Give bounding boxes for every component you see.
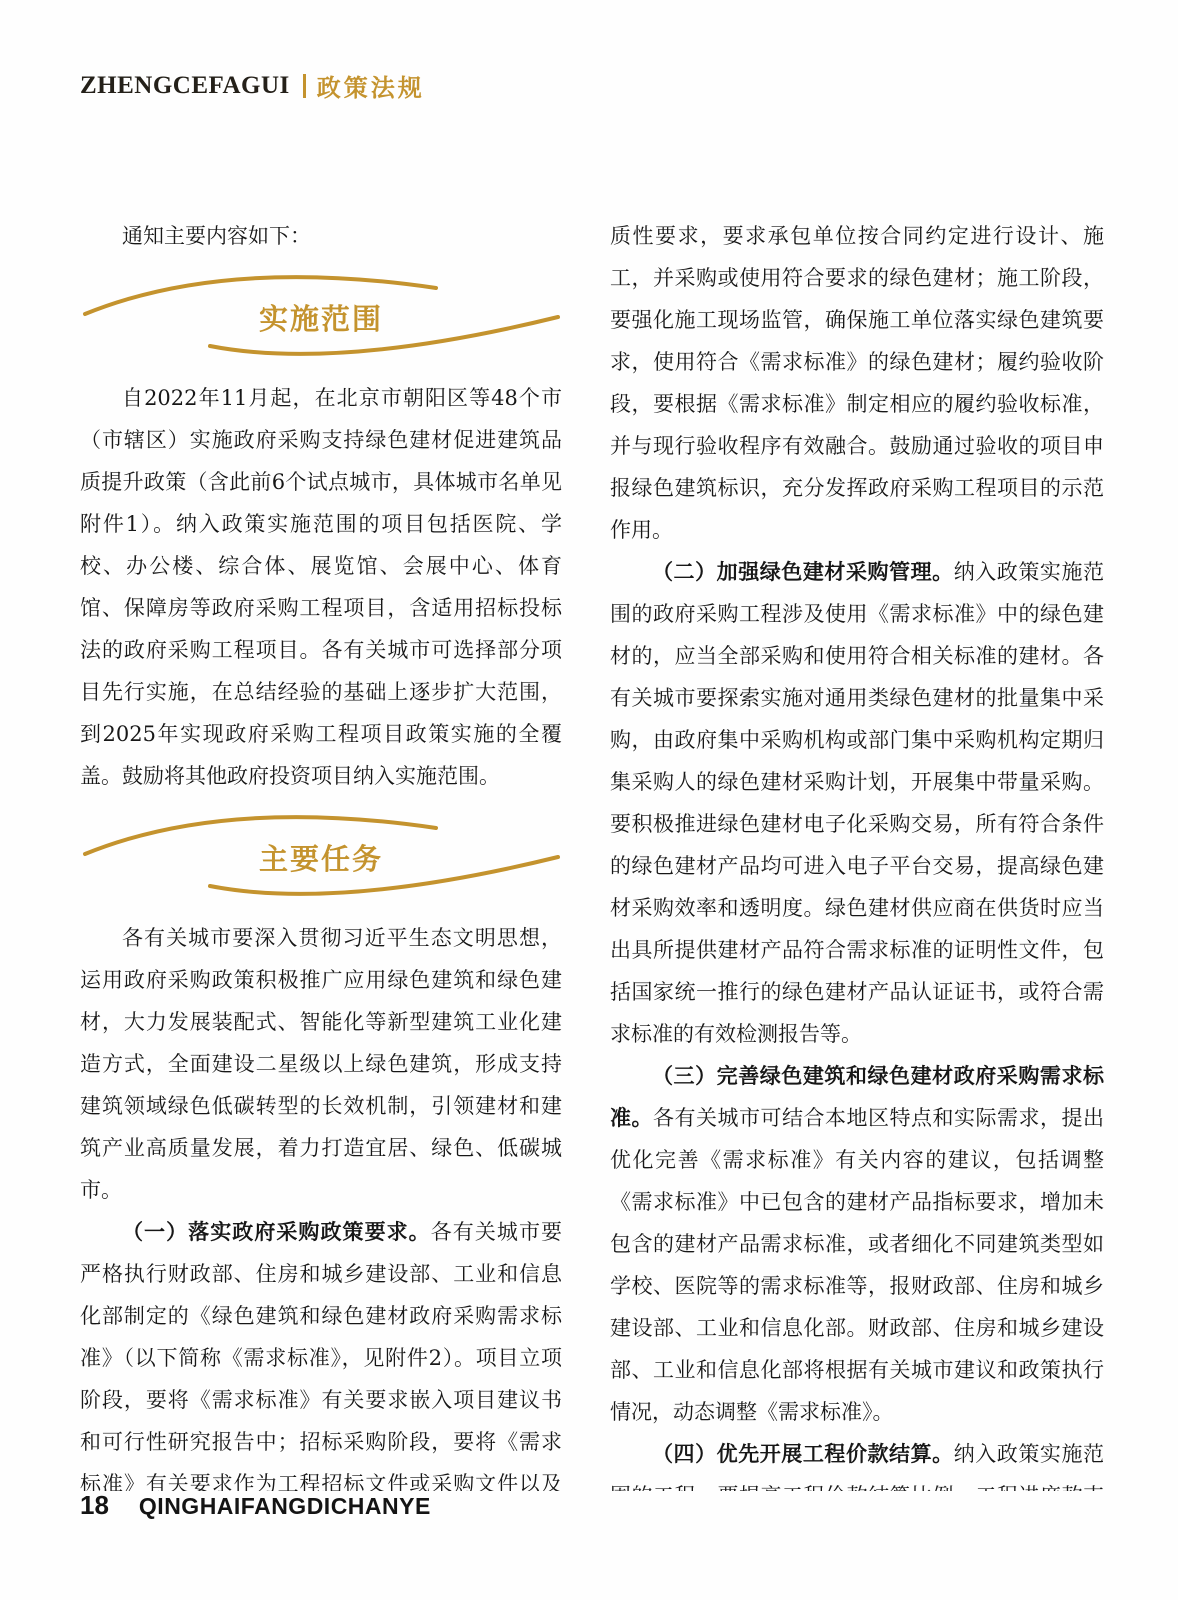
task-4-lead: （四）优先开展工程价款结算。 <box>652 1441 954 1466</box>
task-1-continuation-paragraph: 质性要求，要求承包单位按合同约定进行设计、施工，并采购或使用符合要求的绿色建材；… <box>610 215 1104 551</box>
masthead: ZHENGCEFAGUI 政策法规 <box>80 68 425 103</box>
task-paragraph-1: （一）落实政府采购政策要求。各有关城市要严格执行财政部、住房和城乡建设部、工业和… <box>80 1211 562 1491</box>
section-title-zhuyaorenwu: 主要任务 <box>80 837 562 878</box>
page-footer: 18 QINGHAIFANGDICHANYE <box>80 1490 431 1521</box>
task-1-text: 各有关城市要严格执行财政部、住房和城乡建设部、工业和信息化部制定的《绿色建筑和绿… <box>80 1220 562 1491</box>
masthead-divider <box>303 74 306 98</box>
masthead-chinese-title: 政策法规 <box>317 68 425 103</box>
right-column: 质性要求，要求承包单位按合同约定进行设计、施工，并采购或使用符合要求的绿色建材；… <box>610 215 1104 1491</box>
task-paragraph-2: （二）加强绿色建材采购管理。纳入政策实施范围的政府采购工程涉及使用《需求标准》中… <box>610 551 1104 1055</box>
task-paragraph-3: （三）完善绿色建筑和绿色建材政府采购需求标准。各有关城市可结合本地区特点和实际需… <box>610 1055 1104 1433</box>
left-column: 通知主要内容如下： 实施范围 自2022年11月起，在北京市朝阳区等48个市（市… <box>80 215 562 1491</box>
intro-paragraph: 通知主要内容如下： <box>80 215 562 257</box>
masthead-english-title: ZHENGCEFAGUI <box>80 72 290 100</box>
page-number: 18 <box>80 1490 109 1521</box>
task-1-lead: （一）落实政府采购政策要求。 <box>122 1219 431 1244</box>
tasks-intro-paragraph: 各有关城市要深入贯彻习近平生态文明思想，运用政府采购政策积极推广应用绿色建筑和绿… <box>80 917 562 1211</box>
article-body: 通知主要内容如下： 实施范围 自2022年11月起，在北京市朝阳区等48个市（市… <box>80 215 1104 1491</box>
section-heading-main-tasks: 主要任务 <box>80 799 562 911</box>
section-title-shishifanwei: 实施范围 <box>80 297 562 338</box>
task-3-text: 各有关城市可结合本地区特点和实际需求，提出优化完善《需求标准》有关内容的建议，包… <box>610 1106 1104 1424</box>
task-2-lead: （二）加强绿色建材采购管理。 <box>652 559 954 584</box>
task-paragraph-4: （四）优先开展工程价款结算。纳入政策实施范围的工程，要提高工程价款结算比例，工程… <box>610 1433 1104 1491</box>
journal-name: QINGHAIFANGDICHANYE <box>139 1493 431 1520</box>
task-2-text: 纳入政策实施范围的政府采购工程涉及使用《需求标准》中的绿色建材的，应当全部采购和… <box>610 560 1104 1046</box>
section-heading-implementation-scope: 实施范围 <box>80 259 562 371</box>
scope-paragraph: 自2022年11月起，在北京市朝阳区等48个市（市辖区）实施政府采购支持绿色建材… <box>80 377 562 797</box>
magazine-page: ZHENGCEFAGUI 政策法规 通知主要内容如下： 实施范围 自2022年1… <box>0 0 1178 1600</box>
